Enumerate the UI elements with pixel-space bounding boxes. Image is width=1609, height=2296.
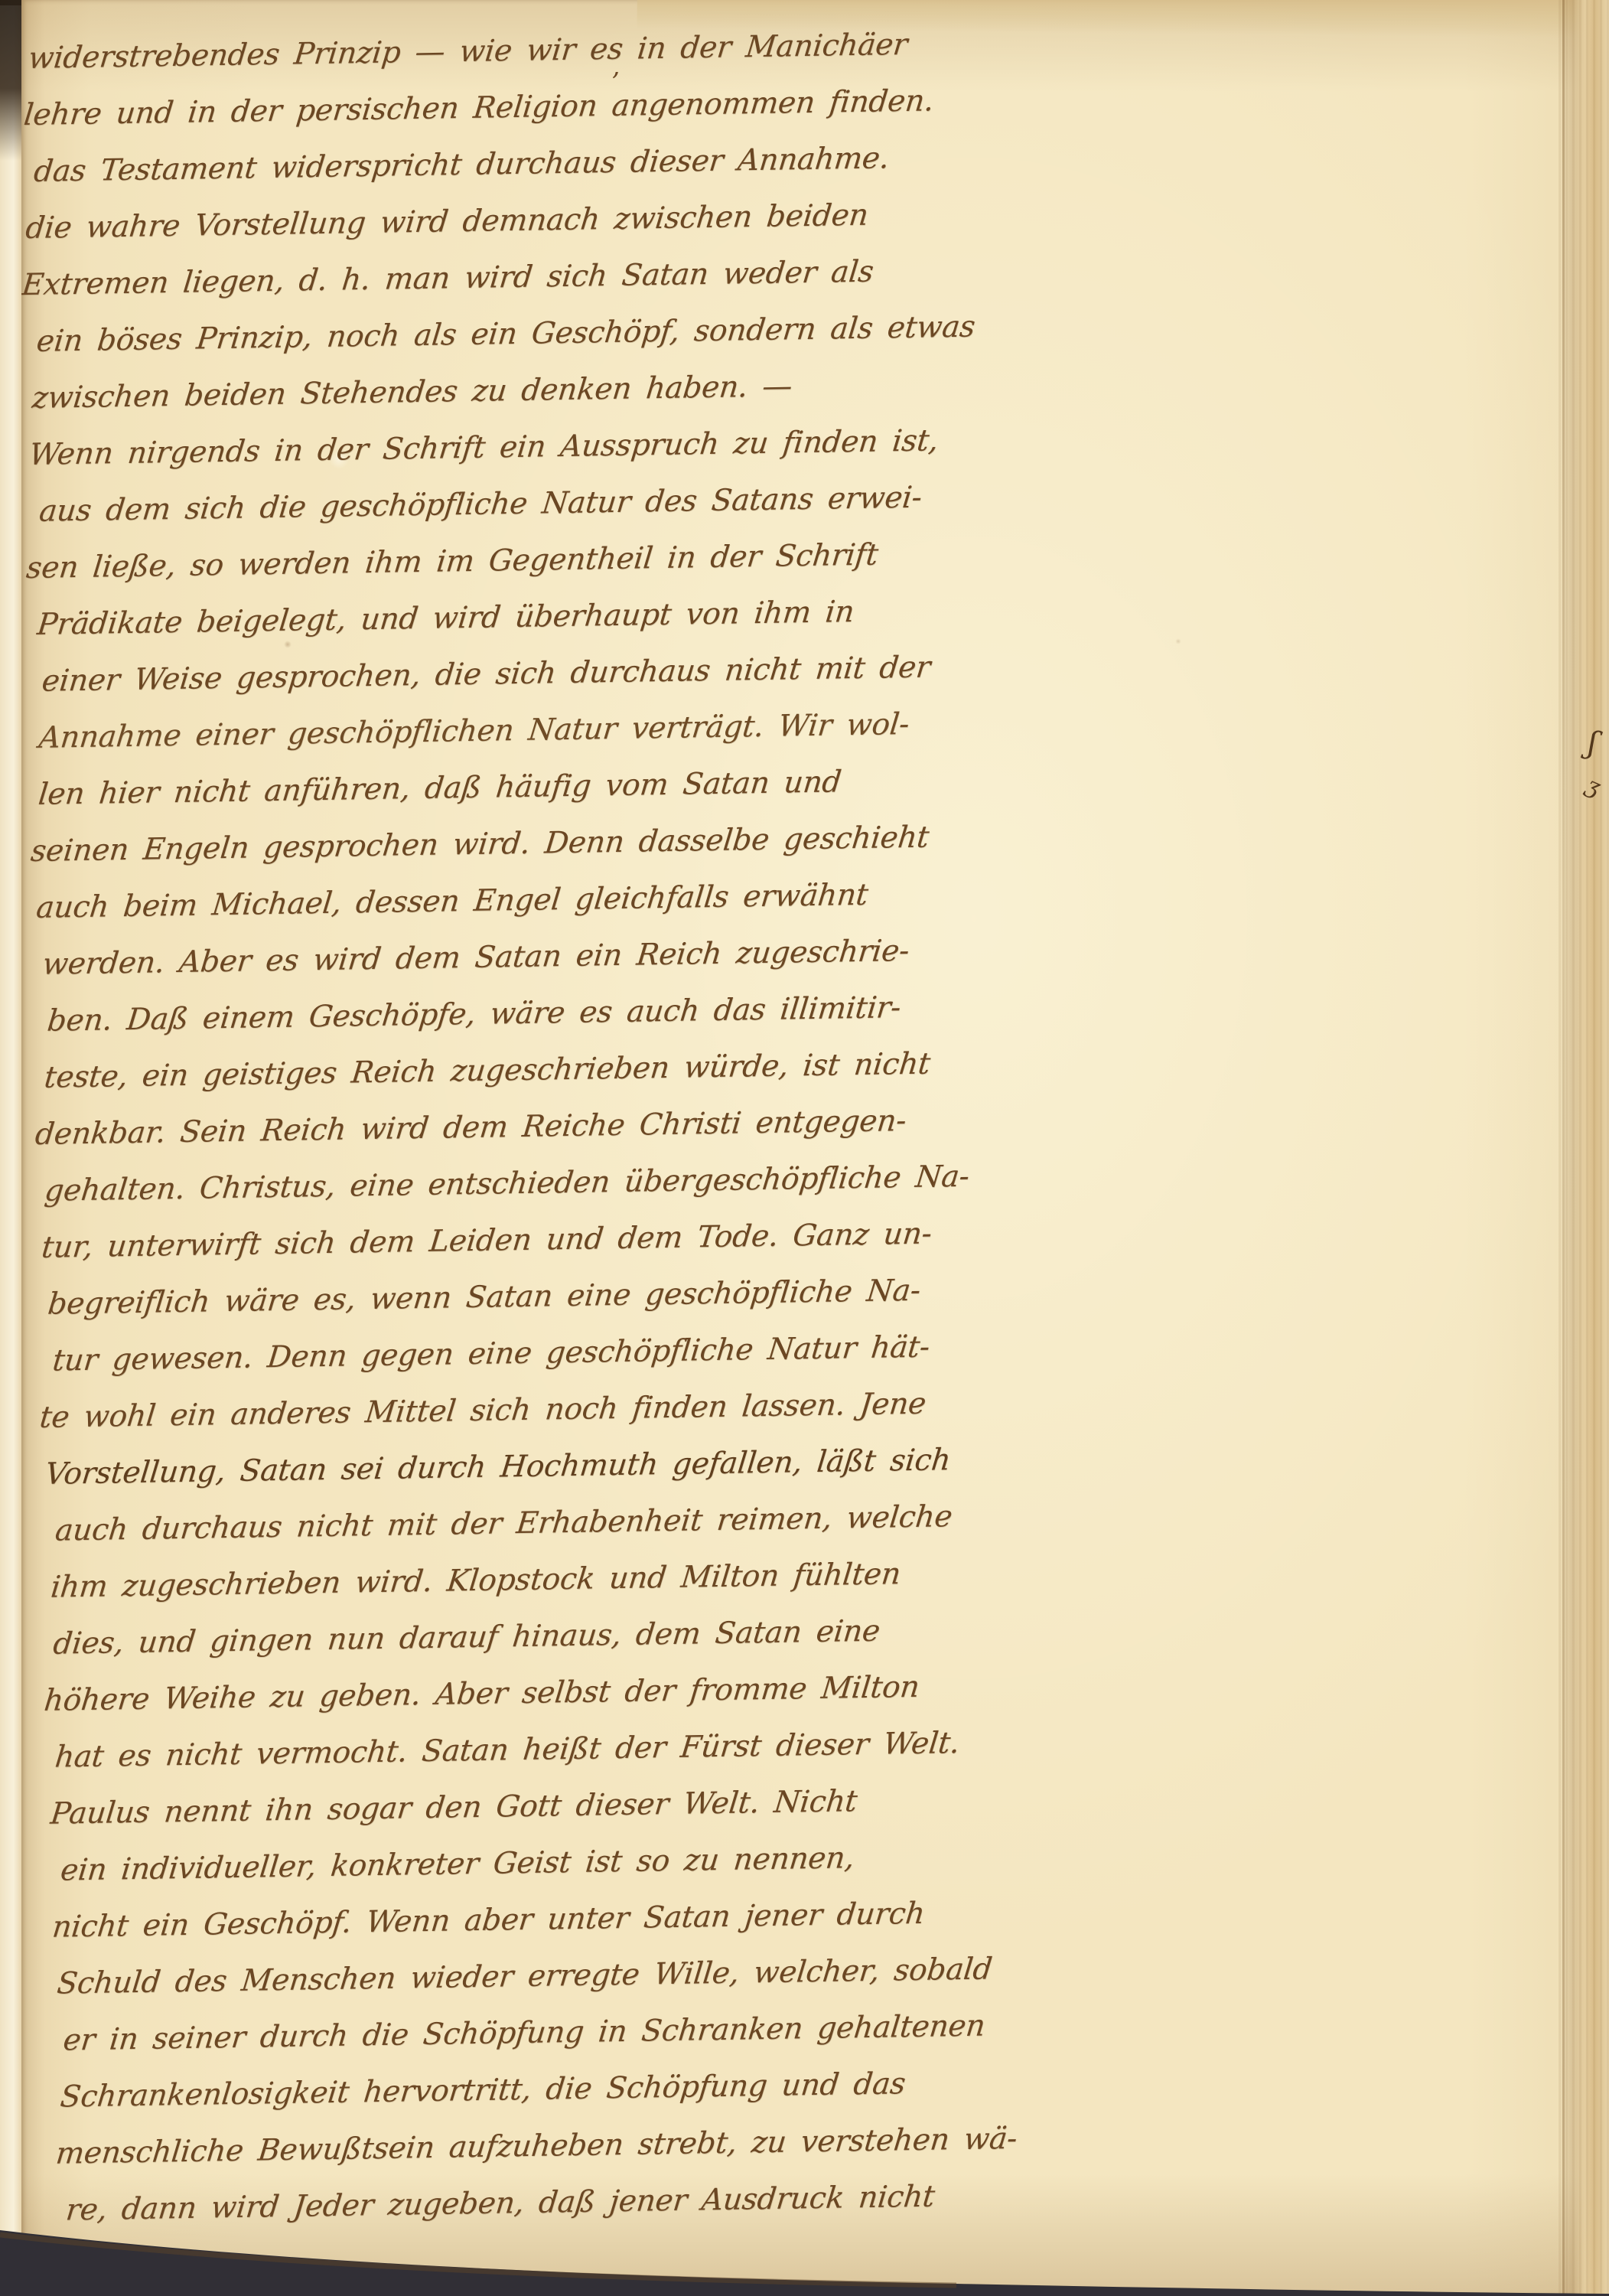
desk-background bbox=[0, 2223, 1609, 2296]
fore-edge-crease bbox=[1562, 0, 1565, 2296]
photographed-book-page: ʼ widerstrebendes Prinzip — wie wir es i… bbox=[0, 0, 1609, 2296]
binding-edge bbox=[0, 0, 23, 161]
manuscript-page: ʼ widerstrebendes Prinzip — wie wir es i… bbox=[21, 0, 1609, 2296]
handwritten-text: widerstrebendes Prinzip — wie wir es in … bbox=[24, 17, 939, 2239]
fore-edge bbox=[1559, 0, 1609, 2296]
